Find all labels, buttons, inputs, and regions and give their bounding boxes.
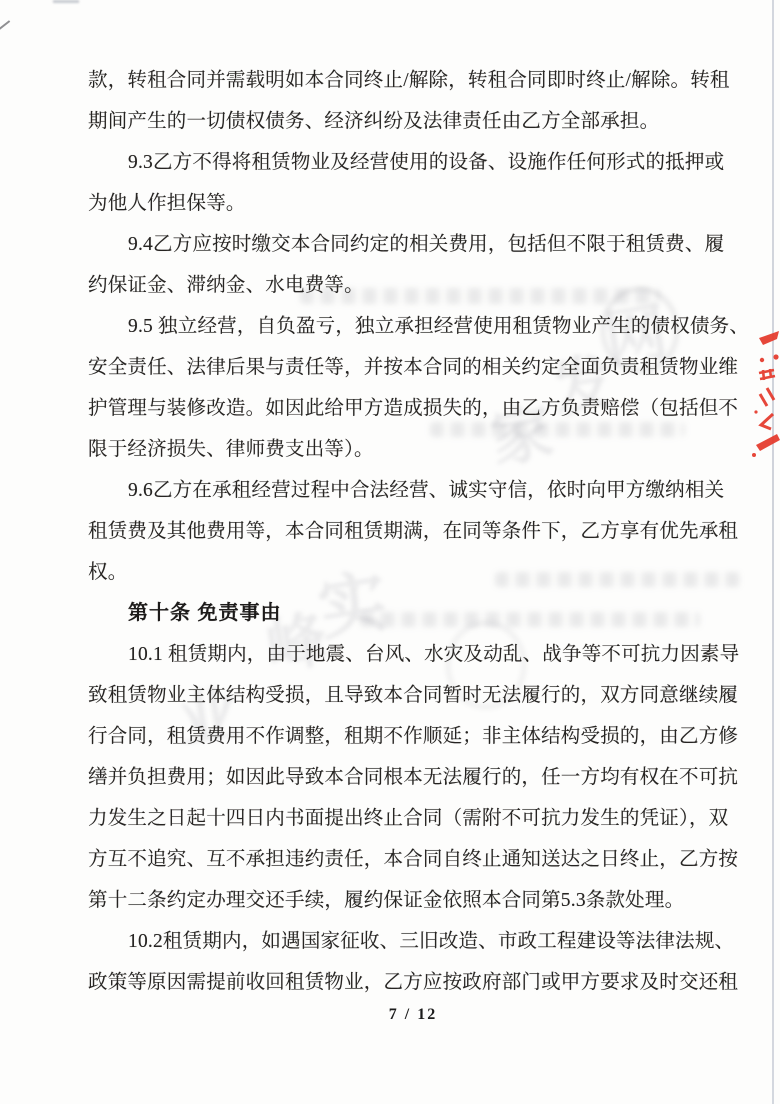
red-seal-fragment-icon [750, 328, 780, 468]
clause-9-5-line: 9.5 独立经营，自负盈亏，独立承担经营使用租赁物业产生的债权债务、 [88, 306, 696, 347]
clause-9-6-line: 9.6乙方在承租经营过程中合法经营、诚实守信，依时向甲方缴纳相关 [88, 470, 696, 511]
clause-9-4-line: 9.4乙方应按时缴交本合同约定的相关费用，包括但不限于租赁费、履 [88, 224, 696, 265]
article-10-heading: 第十条 免责事由 [88, 593, 696, 634]
body-line: 款，转租合同并需载明如本合同终止/解除，转租合同即时终止/解除。转租 [88, 60, 696, 101]
clause-9-4-line: 约保证金、滞纳金、水电费等。 [88, 265, 696, 306]
clause-9-6-line: 租赁费及其他费用等，本合同租赁期满，在同等条件下，乙方享有优先承租 [88, 511, 696, 552]
page-number-indicator: 7 / 12 [0, 1006, 780, 1024]
clause-9-5-line: 限于经济损失、律师费支出等）。 [88, 429, 696, 470]
clause-10-1-line: 行合同，租赁费用不作调整，租期不作顺延；非主体结构受损的，由乙方修 [88, 716, 696, 757]
clause-10-1-line: 10.1 租赁期内，由于地震、台风、水灾及动乱、战争等不可抗力因素导 [88, 634, 696, 675]
clause-10-1-line: 致租赁物业主体结构受损，且导致本合同暂时无法履行的，双方同意继续履 [88, 675, 696, 716]
clause-10-2-line: 政策等原因需提前收回租赁物业，乙方应按政府部门或甲方要求及时交还租 [88, 962, 696, 1003]
scanned-contract-page: 网 发 家 实 峰 业 款，转租合同并需载明如本合同终止/解除，转租合同即时终止… [0, 0, 780, 1104]
body-line: 期间产生的一切债权债务、经济纠纷及法律责任由乙方全部承担。 [88, 101, 696, 142]
clause-10-1-line: 方互不追究、互不承担违约责任，本合同自终止通知送达之日终止，乙方按 [88, 839, 696, 880]
clause-10-1-line: 缮并负担费用；如因此导致本合同根本无法履行的，任一方均有权在不可抗 [88, 757, 696, 798]
pen-mark [0, 20, 10, 30]
clause-10-2-line: 10.2租赁期内，如遇国家征收、三旧改造、市政工程建设等法律法规、 [88, 921, 696, 962]
scan-edge-line [772, 0, 774, 1104]
clause-9-5-line: 安全责任、法律后果与责任等，并按本合同的相关约定全面负责租赁物业维 [88, 347, 696, 388]
clause-9-5-line: 护管理与装修改造。如因此给甲方造成损失的，由乙方负责赔偿（包括但不 [88, 388, 696, 429]
clause-9-3-line: 9.3乙方不得将租赁物业及经营使用的设备、设施作任何形式的抵押或 [88, 142, 696, 183]
contract-body: 款，转租合同并需载明如本合同终止/解除，转租合同即时终止/解除。转租 期间产生的… [88, 60, 696, 1003]
clause-9-6-line: 权。 [88, 552, 696, 593]
scan-edge-smudge [53, 0, 79, 3]
clause-9-3-line: 为他人作担保等。 [88, 183, 696, 224]
clause-10-1-line: 力发生之日起十四日内书面提出终止合同（需附不可抗力发生的凭证），双 [88, 798, 696, 839]
clause-10-1-line: 第十二条约定办理交还手续，履约保证金依照本合同第5.3条款处理。 [88, 880, 696, 921]
